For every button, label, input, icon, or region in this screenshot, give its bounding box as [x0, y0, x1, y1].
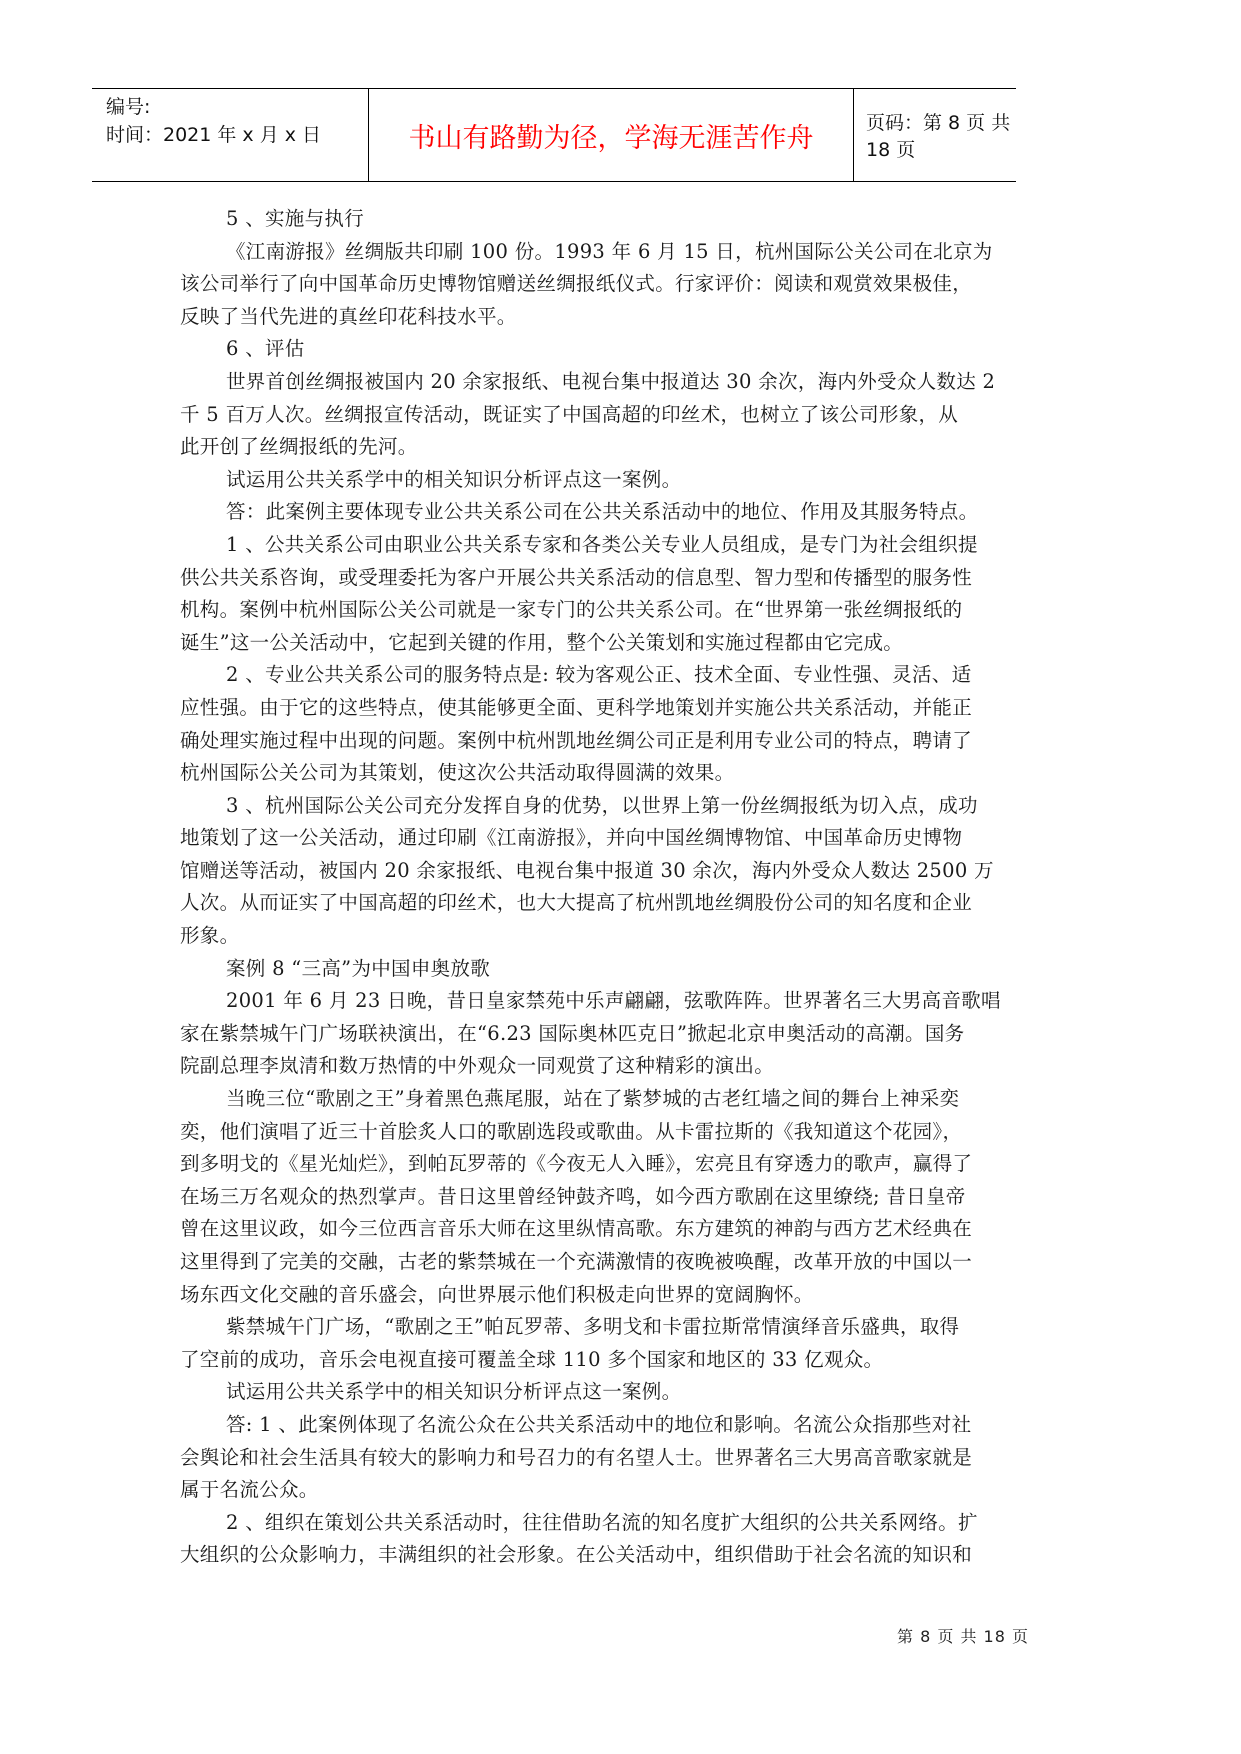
text-line: 应性强。由于它的这些特点，使其能够更全面、更科学地策划并实施公共关系活动，并能正 — [180, 692, 1070, 725]
text-line: 会舆论和社会生活具有较大的影响力和号召力的有名望人士。世界著名三大男高音歌家就是 — [180, 1442, 1070, 1475]
text-line: 曾在这里议政，如今三位西言音乐大师在这里纵情高歌。东方建筑的神韵与西方艺术经典在 — [180, 1213, 1070, 1246]
text-line: 2 、专业公共关系公司的服务特点是: 较为客观公正、技术全面、专业性强、灵活、适 — [180, 659, 1070, 692]
text-line: 该公司举行了向中国革命历史博物馆赠送丝绸报纸仪式。行家评价：阅读和观赏效果极佳， — [180, 268, 1070, 301]
text-line: 答：此案例主要体现专业公共关系公司在公共关系活动中的地位、作用及其服务特点。 — [180, 496, 1070, 529]
header-page-cell: 页码：第 8 页 共 18 页 — [854, 89, 1016, 181]
document-body: 5 、实施与执行《江南游报》丝绸版共印刷 100 份。1993 年 6 月 15… — [180, 203, 1070, 1572]
motto-text: 书山有路勤为径，学海无涯苦作舟 — [409, 116, 814, 155]
text-line: 场东西文化交融的音乐盛会，向世界展示他们积极走向世界的宽阔胸怀。 — [180, 1279, 1070, 1312]
text-line: 试运用公共关系学中的相关知识分析评点这一案例。 — [180, 1376, 1070, 1409]
text-line: 供公共关系咨询，或受理委托为客户开展公共关系活动的信息型、智力型和传播型的服务性 — [180, 562, 1070, 595]
text-line: 大组织的公众影响力，丰满组织的社会形象。在公关活动中，组织借助于社会名流的知识和 — [180, 1539, 1070, 1572]
text-line: 地策划了这一公关活动，通过印刷《江南游报》，并向中国丝绸博物馆、中国革命历史博物 — [180, 822, 1070, 855]
text-line: 诞生”这一公关活动中，它起到关键的作用，整个公关策划和实施过程都由它完成。 — [180, 627, 1070, 660]
text-line: 1 、公共关系公司由职业公共关系专家和各类公关专业人员组成，是专门为社会组织提 — [180, 529, 1070, 562]
text-line: 院副总理李岚清和数万热情的中外观众一同观赏了这种精彩的演出。 — [180, 1050, 1070, 1083]
text-line: 确处理实施过程中出现的问题。案例中杭州凯地丝绸公司正是利用专业公司的特点，聘请了 — [180, 725, 1070, 758]
text-line: 杭州国际公关公司为其策划，使这次公共活动取得圆满的效果。 — [180, 757, 1070, 790]
text-line: 6 、评估 — [180, 333, 1070, 366]
page-header: 编号: 时间：2021 年 x 月 x 日 书山有路勤为径，学海无涯苦作舟 页码… — [92, 88, 1016, 182]
text-line: 机构。案例中杭州国际公关公司就是一家专门的公共关系公司。在“世界第一张丝绸报纸的 — [180, 594, 1070, 627]
text-line: 家在紫禁城午门广场联袂演出，在“6.23 国际奥林匹克日”掀起北京申奥活动的高潮… — [180, 1018, 1070, 1051]
date-label: 时间：2021 年 x 月 x 日 — [106, 121, 368, 149]
header-motto-cell: 书山有路勤为径，学海无涯苦作舟 — [369, 89, 854, 181]
text-line: 案例 8 “三高”为中国申奥放歌 — [180, 953, 1070, 986]
text-line: 2001 年 6 月 23 日晚，昔日皇家禁苑中乐声翩翩，弦歌阵阵。世界著名三大… — [180, 985, 1070, 1018]
text-line: 此开创了丝绸报纸的先河。 — [180, 431, 1070, 464]
text-line: 紫禁城午门广场，“歌剧之王”帕瓦罗蒂、多明戈和卡雷拉斯常情演绎音乐盛典，取得 — [180, 1311, 1070, 1344]
text-line: 反映了当代先进的真丝印花科技水平。 — [180, 301, 1070, 334]
text-line: 形象。 — [180, 920, 1070, 953]
text-line: 人次。从而证实了中国高超的印丝术，也大大提高了杭州凯地丝绸股份公司的知名度和企业 — [180, 887, 1070, 920]
text-line: 3 、杭州国际公关公司充分发挥自身的优势，以世界上第一份丝绸报纸为切入点，成功 — [180, 790, 1070, 823]
header-meta-cell: 编号: 时间：2021 年 x 月 x 日 — [92, 89, 369, 181]
text-line: 属于名流公众。 — [180, 1474, 1070, 1507]
header-page-label: 页码：第 8 页 共 18 页 — [866, 108, 1016, 162]
text-line: 到多明戈的《星光灿烂》，到帕瓦罗蒂的《今夜无人入睡》，宏亮且有穿透力的歌声，赢得… — [180, 1148, 1070, 1181]
footer-page-number: 第 8 页 共 18 页 — [897, 1627, 1029, 1646]
text-line: 2 、组织在策划公共关系活动时，往往借助名流的知名度扩大组织的公共关系网络。扩 — [180, 1507, 1070, 1540]
text-line: 这里得到了完美的交融，古老的紫禁城在一个充满激情的夜晚被唤醒，改革开放的中国以一 — [180, 1246, 1070, 1279]
text-line: 《江南游报》丝绸版共印刷 100 份。1993 年 6 月 15 日，杭州国际公… — [180, 236, 1070, 269]
serial-label: 编号: — [106, 93, 368, 121]
text-line: 了空前的成功，音乐会电视直接可覆盖全球 110 多个国家和地区的 33 亿观众。 — [180, 1344, 1070, 1377]
page-footer: 第 8 页 共 18 页 — [897, 1624, 1029, 1647]
text-line: 当晚三位“歌剧之王”身着黑色燕尾服，站在了紫梦城的古老红墙之间的舞台上神采奕 — [180, 1083, 1070, 1116]
text-line: 答: 1 、此案例体现了名流公众在公共关系活动中的地位和影响。名流公众指那些对社 — [180, 1409, 1070, 1442]
text-line: 在场三万名观众的热烈掌声。昔日这里曾经钟鼓齐鸣，如今西方歌剧在这里缭绕; 昔日皇… — [180, 1181, 1070, 1214]
text-line: 奕，他们演唱了近三十首脍炙人口的歌剧选段或歌曲。从卡雷拉斯的《我知道这个花园》， — [180, 1116, 1070, 1149]
text-line: 馆赠送等活动，被国内 20 余家报纸、电视台集中报道 30 余次，海内外受众人数… — [180, 855, 1070, 888]
text-line: 千 5 百万人次。丝绸报宣传活动，既证实了中国高超的印丝术，也树立了该公司形象，… — [180, 399, 1070, 432]
text-line: 试运用公共关系学中的相关知识分析评点这一案例。 — [180, 464, 1070, 497]
text-line: 世界首创丝绸报被国内 20 余家报纸、电视台集中报道达 30 余次，海内外受众人… — [180, 366, 1070, 399]
text-line: 5 、实施与执行 — [180, 203, 1070, 236]
